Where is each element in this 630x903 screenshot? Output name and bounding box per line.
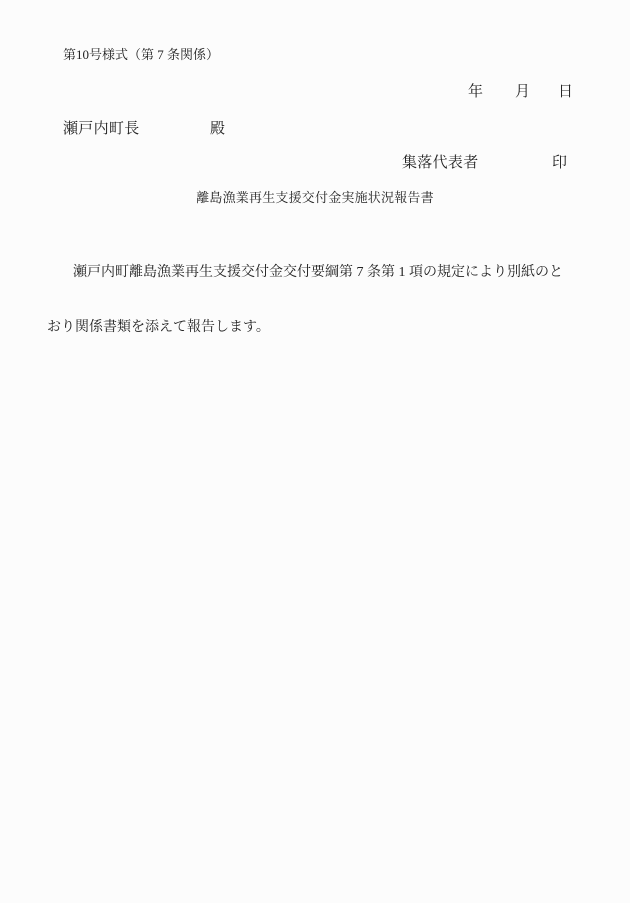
seal-label: 印 (552, 154, 567, 172)
body-line: 瀬戸内町離島漁業再生支援交付金交付要綱第 7 条第 1 項の規定により別紙のと (47, 262, 587, 284)
body-paragraph: 瀬戸内町離島漁業再生支援交付金交付要綱第 7 条第 1 項の規定により別紙のと … (47, 228, 587, 373)
day-label: 日 (558, 83, 573, 101)
document-page: 第10号様式（第 7 条関係） 年 月 日 瀬戸内町長 殿 集落代表者 印 離島… (0, 0, 630, 903)
month-label: 月 (515, 83, 530, 101)
representative-label: 集落代表者 (402, 154, 479, 172)
year-label: 年 (468, 83, 483, 101)
form-number: 第10号様式（第 7 条関係） (63, 47, 219, 63)
addressee-name: 瀬戸内町長 (63, 120, 140, 138)
document-title: 離島漁業再生支援交付金実施状況報告書 (0, 190, 630, 206)
body-line: おり関係書類を添えて報告します。 (47, 317, 587, 339)
addressee-honorific: 殿 (210, 120, 225, 138)
